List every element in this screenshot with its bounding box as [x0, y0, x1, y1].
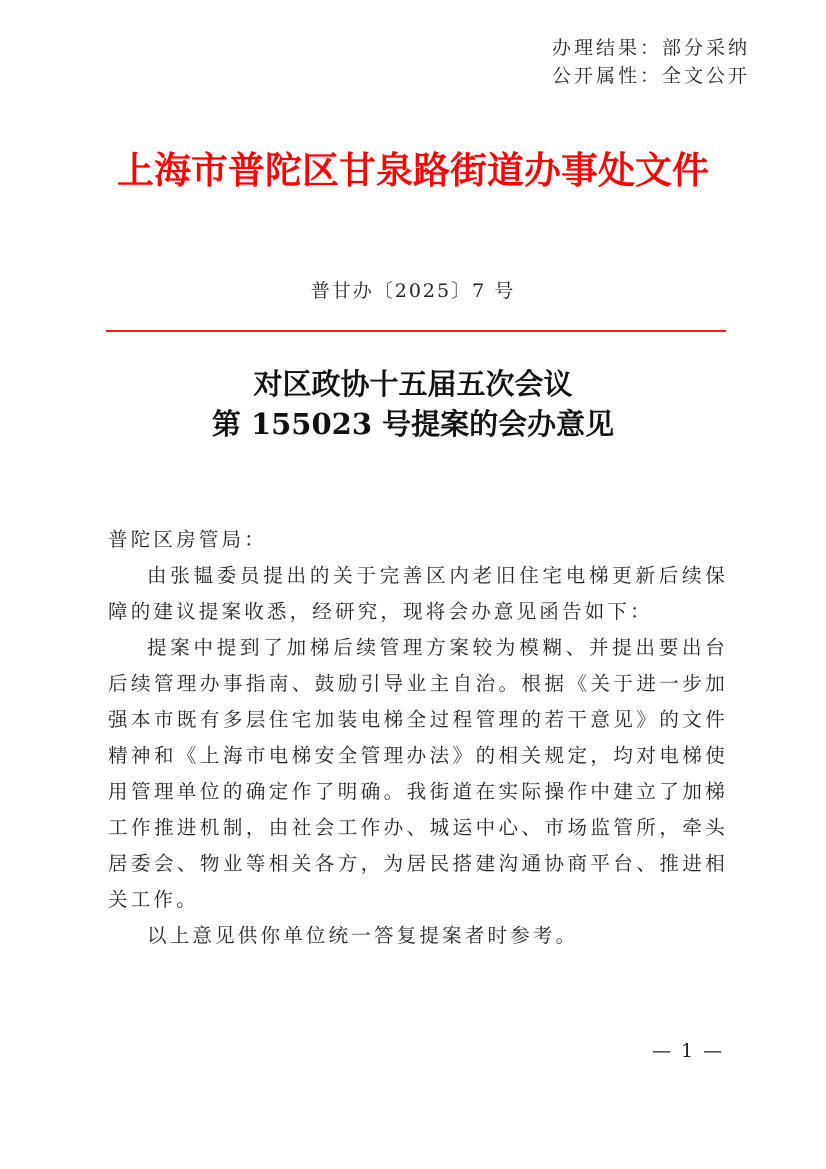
body-paragraph: 提案中提到了加梯后续管理方案较为模糊、并提出要出台后续管理办事指南、鼓励引导业主… [108, 630, 728, 918]
masthead-title: 上海市普陀区甘泉路街道办事处文件 [0, 140, 826, 194]
document-title: 对区政协十五届五次会议 第 155023 号提案的会办意见 [0, 364, 826, 444]
document-meta: 办理结果：部分采纳 公开属性：全文公开 [552, 34, 750, 90]
document-body: 普陀区房管局： 由张韫委员提出的关于完善区内老旧住宅电梯更新后续保障的建议提案收… [108, 522, 728, 954]
document-page: 办理结果：部分采纳 公开属性：全文公开 上海市普陀区甘泉路街道办事处文件 普甘办… [0, 0, 826, 1169]
handling-result: 办理结果：部分采纳 [552, 34, 750, 62]
red-divider [106, 330, 726, 332]
disclosure-attribute: 公开属性：全文公开 [552, 62, 750, 90]
title-line-1: 对区政协十五届五次会议 [0, 364, 826, 404]
title-line-2: 第 155023 号提案的会办意见 [0, 404, 826, 444]
page-number: — 1 — [652, 1040, 724, 1062]
body-paragraph: 以上意见供你单位统一答复提案者时参考。 [108, 918, 728, 954]
body-paragraph: 由张韫委员提出的关于完善区内老旧住宅电梯更新后续保障的建议提案收悉，经研究，现将… [108, 558, 728, 630]
document-number: 普甘办〔2025〕7 号 [0, 276, 826, 303]
recipient: 普陀区房管局： [108, 522, 728, 558]
